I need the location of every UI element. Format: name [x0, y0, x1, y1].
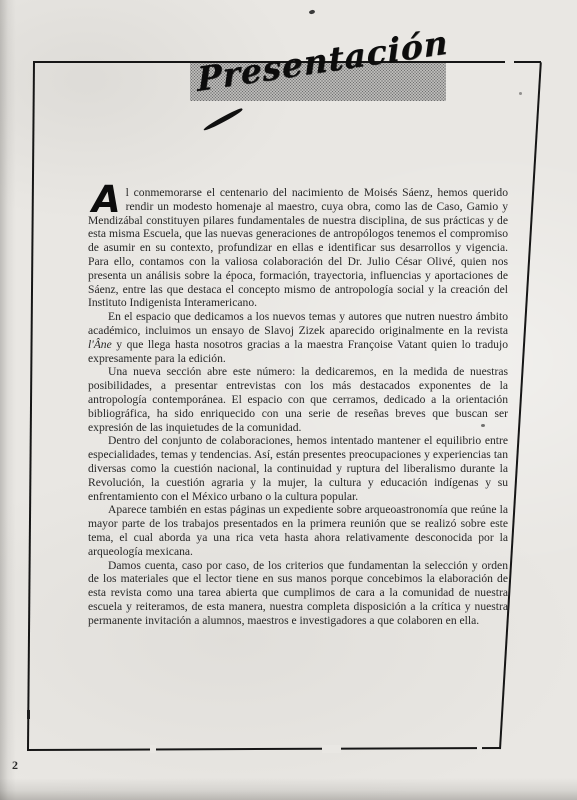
paragraph-2-text-post: y que llega hasta nosotros gracias a la …	[88, 338, 508, 365]
frame-border-gap	[477, 745, 482, 753]
ink-speck	[481, 424, 485, 427]
journal-name: l'Âne	[88, 338, 112, 351]
page-number: 2	[12, 758, 18, 773]
paragraph-1-text: l conmemorarse el centenario del nacimie…	[88, 186, 508, 309]
ink-speck	[519, 92, 522, 95]
paragraph-6: Damos cuenta, caso por caso, de los crit…	[88, 559, 508, 628]
frame-border-gap	[322, 745, 341, 753]
frame-border-left	[27, 62, 35, 749]
paragraph-4: Dentro del conjunto de colaboraciones, h…	[88, 434, 508, 503]
frame-border-gap	[150, 745, 156, 753]
paragraph-1: Al conmemorarse el centenario del nacimi…	[88, 186, 508, 310]
scanned-document-page: Presentación Al conmemorarse el centenar…	[0, 0, 577, 800]
frame-border-bottom	[27, 747, 501, 751]
paragraph-5: Aparece también en estas páginas un expe…	[88, 503, 508, 558]
drop-cap: A	[92, 187, 121, 213]
ink-speck	[27, 710, 30, 719]
paragraph-2: En el espacio que dedicamos a los nuevos…	[88, 310, 508, 365]
title-swash-stroke	[202, 107, 243, 132]
frame-border-gap	[505, 59, 514, 65]
body-text: Al conmemorarse el centenario del nacimi…	[88, 186, 508, 628]
ink-speck	[309, 9, 316, 14]
paragraph-2-text-pre: En el espacio que dedicamos a los nuevos…	[88, 310, 508, 337]
paragraph-3: Una nueva sección abre este número: la d…	[88, 365, 508, 434]
